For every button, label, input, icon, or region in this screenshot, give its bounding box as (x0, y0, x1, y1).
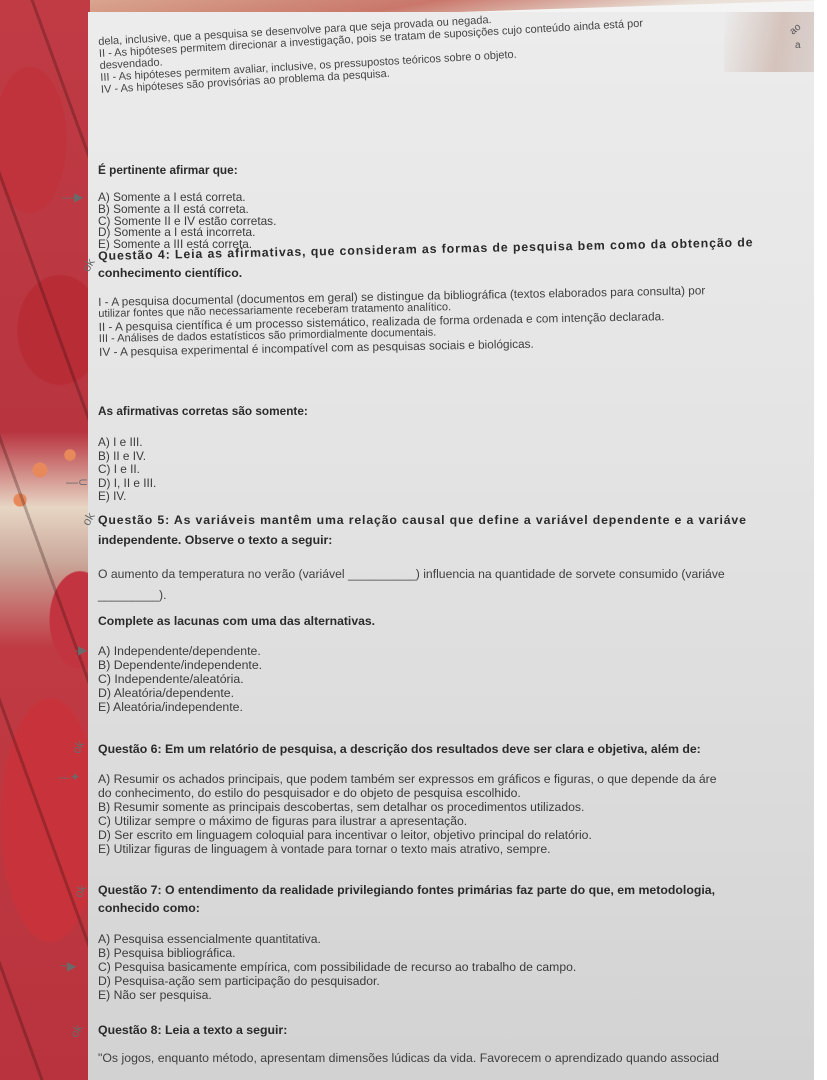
option-d: D) Pesquisa-ação sem participação do pes… (98, 974, 576, 988)
option-b: B) Pesquisa bibliográfica. (98, 946, 576, 960)
option-d: D) Aleatória/dependente. (98, 686, 262, 700)
question3-prompt: É pertinente afirmar que: (98, 164, 238, 177)
text-fragment: ). (159, 588, 166, 602)
option-e: E) Aleatória/independente. (98, 700, 262, 714)
question8-quote: "Os jogos, enquanto método, apresentam d… (98, 1052, 719, 1065)
question7-title-cont: conhecido como: (98, 902, 200, 915)
option-d: D) I, II e III. (98, 477, 156, 491)
option-c: C) Pesquisa basicamente empírica, com po… (98, 960, 576, 974)
option-a: A) Pesquisa essencialmente quantitativa. (98, 932, 576, 946)
question5-title: Questão 5: As variáveis mantêm uma relaç… (98, 514, 747, 527)
question3-statements: dela, inclusive, que a pesquisa se desen… (98, 6, 645, 96)
question4-statements: I - A pesquisa documental (documentos em… (98, 283, 706, 359)
question8-title: Questão 8: Leia a texto a seguir: (98, 1024, 287, 1037)
option-a: A) Resumir os achados principais, que po… (98, 772, 717, 786)
question4-options: A) I e III. B) II e IV. C) I e II. D) I,… (98, 436, 156, 504)
option-c: C) Independente/aleatória. (98, 672, 262, 686)
option-a: A) I e III. (98, 436, 156, 450)
image-border (814, 0, 827, 1080)
question6-title: Questão 6: Em um relatório de pesquisa, … (98, 743, 701, 756)
arrow-mark-icon: ~▶ (60, 959, 76, 973)
option-e: E) Utilizar figuras de linguagem à vonta… (98, 842, 717, 856)
option-e: E) Não ser pesquisa. (98, 988, 576, 1002)
question6-options: A) Resumir os achados principais, que po… (98, 772, 717, 856)
question5-title-cont: independente. Observe o texto a seguir: (98, 534, 332, 547)
exam-sheet: dela, inclusive, que a pesquisa se desen… (88, 12, 814, 1080)
text-fragment: ) influencia na quantidade de sorvete co… (416, 567, 725, 581)
question4-prompt: As afirmativas corretas são somente: (98, 405, 308, 418)
question3-options: A) Somente a I está correta. B) Somente … (98, 192, 276, 251)
fill-blank-2: _________ (98, 588, 159, 602)
arrow-mark-icon: —▶ (62, 190, 83, 204)
option-c: C) Utilizar sempre o máximo de figuras p… (98, 814, 717, 828)
arrow-mark-icon: —✦ (58, 770, 80, 784)
margin-fragment: a (795, 40, 801, 51)
option-a-cont: do conhecimento, do estilo do pesquisado… (98, 786, 717, 800)
option-d: D) Ser escrito em linguagem coloquial pa… (98, 828, 717, 842)
question5-text: O aumento da temperatura no verão (variá… (98, 568, 725, 581)
option-b: B) II e IV. (98, 450, 156, 464)
arrow-mark-icon: -▶ (74, 643, 87, 657)
option-c: C) I e II. (98, 463, 156, 477)
question7-options: A) Pesquisa essencialmente quantitativa.… (98, 932, 576, 1002)
option-a: A) Independente/dependente. (98, 644, 262, 658)
question4-title-cont: conhecimento científico. (98, 267, 242, 280)
question5-options: A) Independente/dependente. B) Dependent… (98, 644, 262, 714)
option-b: B) Dependente/independente. (98, 658, 262, 672)
fill-blank-1: __________ (348, 567, 416, 581)
option-b: B) Resumir somente as principais descobe… (98, 800, 717, 814)
question5-text-cont: _________). (98, 589, 166, 602)
text-fragment: O aumento da temperatura no verão (variá… (98, 567, 345, 581)
arrow-mark-icon: —⊂ (66, 475, 88, 489)
option-e: E) IV. (98, 490, 156, 504)
question7-title: Questão 7: O entendimento da realidade p… (98, 884, 715, 897)
question5-prompt: Complete as lacunas com uma das alternat… (98, 615, 375, 628)
